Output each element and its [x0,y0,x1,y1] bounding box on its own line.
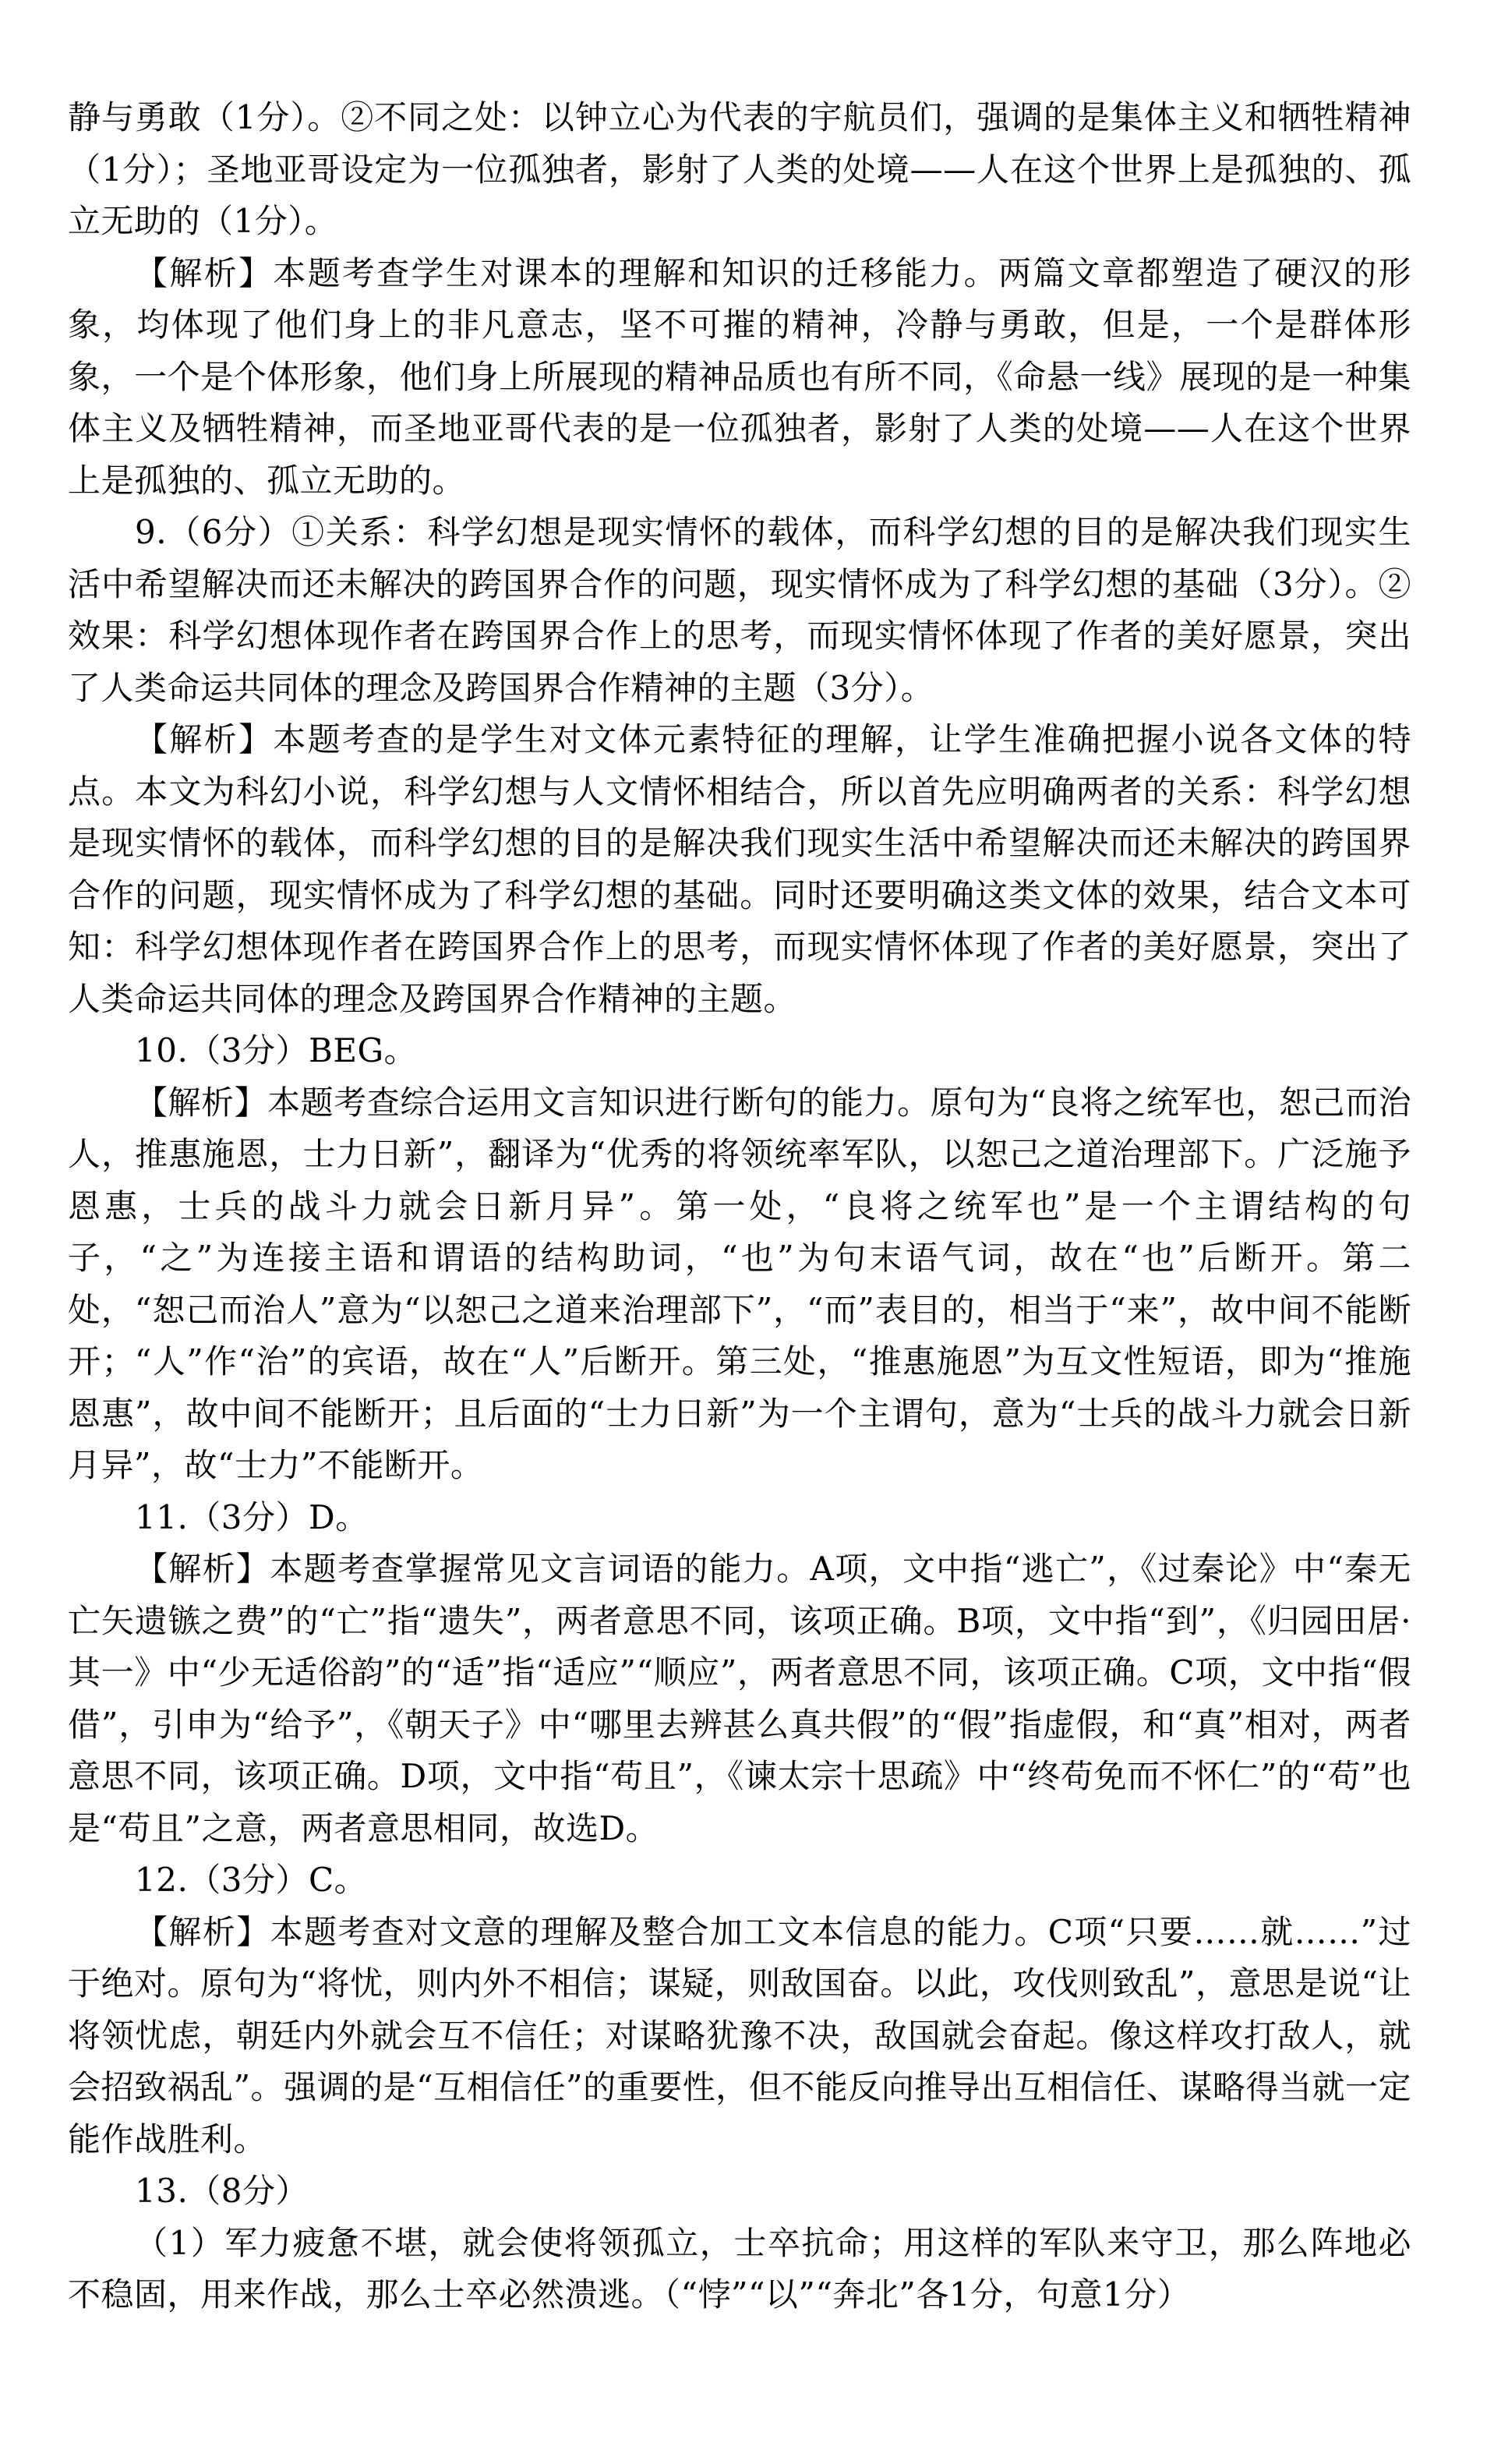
paragraph-text: （1）军力疲惫不堪，就会使将领孤立，士卒抗命；用这样的军队来守卫，那么阵地必不稳… [68,2224,1411,2314]
q11-analysis: 【解析】本题考查掌握常见文言词语的能力。A项，文中指“逃亡”，《过秦论》中“秦无… [68,1543,1411,1854]
paragraph-text: 本题考查掌握常见文言词语的能力。A项，文中指“逃亡”，《过秦论》中“秦无亡矢遗镞… [68,1550,1411,1847]
answer-document: 静与勇敢（1分）。②不同之处：以钟立心为代表的宇航员们，强调的是集体主义和牺牲精… [68,92,1411,2321]
q8-answer-continued: 静与勇敢（1分）。②不同之处：以钟立心为代表的宇航员们，强调的是集体主义和牺牲精… [68,92,1411,248]
paragraph-text: 10.（3分）BEG。 [135,1031,417,1069]
q12-answer: 12.（3分）C。 [68,1854,1411,1907]
analysis-label: 【解析】 [135,720,273,758]
q9-answer: 9.（6分）①关系：科学幻想是现实情怀的载体，而科学幻想的目的是解决我们现实生活… [68,507,1411,714]
analysis-label: 【解析】 [135,1913,270,1951]
q10-analysis: 【解析】本题考查综合运用文言知识进行断句的能力。原句为“良将之统军也，恕己而治人… [68,1077,1411,1492]
q12-analysis: 【解析】本题考查对文意的理解及整合加工文本信息的能力。C项“只要……就……”过于… [68,1907,1411,2166]
q9-analysis: 【解析】本题考查的是学生对文体元素特征的理解，让学生准确把握小说各文体的特点。本… [68,714,1411,1025]
paragraph-text: 静与勇敢（1分）。②不同之处：以钟立心为代表的宇航员们，强调的是集体主义和牺牲精… [68,98,1411,240]
analysis-label: 【解析】 [135,1084,267,1122]
paragraph-text: 11.（3分）D。 [135,1498,369,1536]
paragraph-text: 本题考查的是学生对文体元素特征的理解，让学生准确把握小说各文体的特点。本文为科幻… [68,720,1411,1018]
q13-part1: （1）军力疲惫不堪，就会使将领孤立，士卒抗命；用这样的军队来守卫，那么阵地必不稳… [68,2218,1411,2321]
q11-answer: 11.（3分）D。 [68,1492,1411,1544]
paragraph-text: 13.（8分） [135,2172,309,2210]
analysis-label: 【解析】 [135,254,273,292]
analysis-label: 【解析】 [135,1550,270,1588]
paragraph-text: 9.（6分）①关系：科学幻想是现实情怀的载体，而科学幻想的目的是解决我们现实生活… [68,513,1411,707]
paragraph-text: 12.（3分）C。 [135,1861,367,1899]
q13-answer: 13.（8分） [68,2165,1411,2218]
q10-answer: 10.（3分）BEG。 [68,1025,1411,1077]
paragraph-text: 本题考查综合运用文言知识进行断句的能力。原句为“良将之统军也，恕己而治人，推惠施… [68,1084,1411,1485]
q8-analysis: 【解析】本题考查学生对课本的理解和知识的迁移能力。两篇文章都塑造了硬汉的形象，均… [68,248,1411,507]
